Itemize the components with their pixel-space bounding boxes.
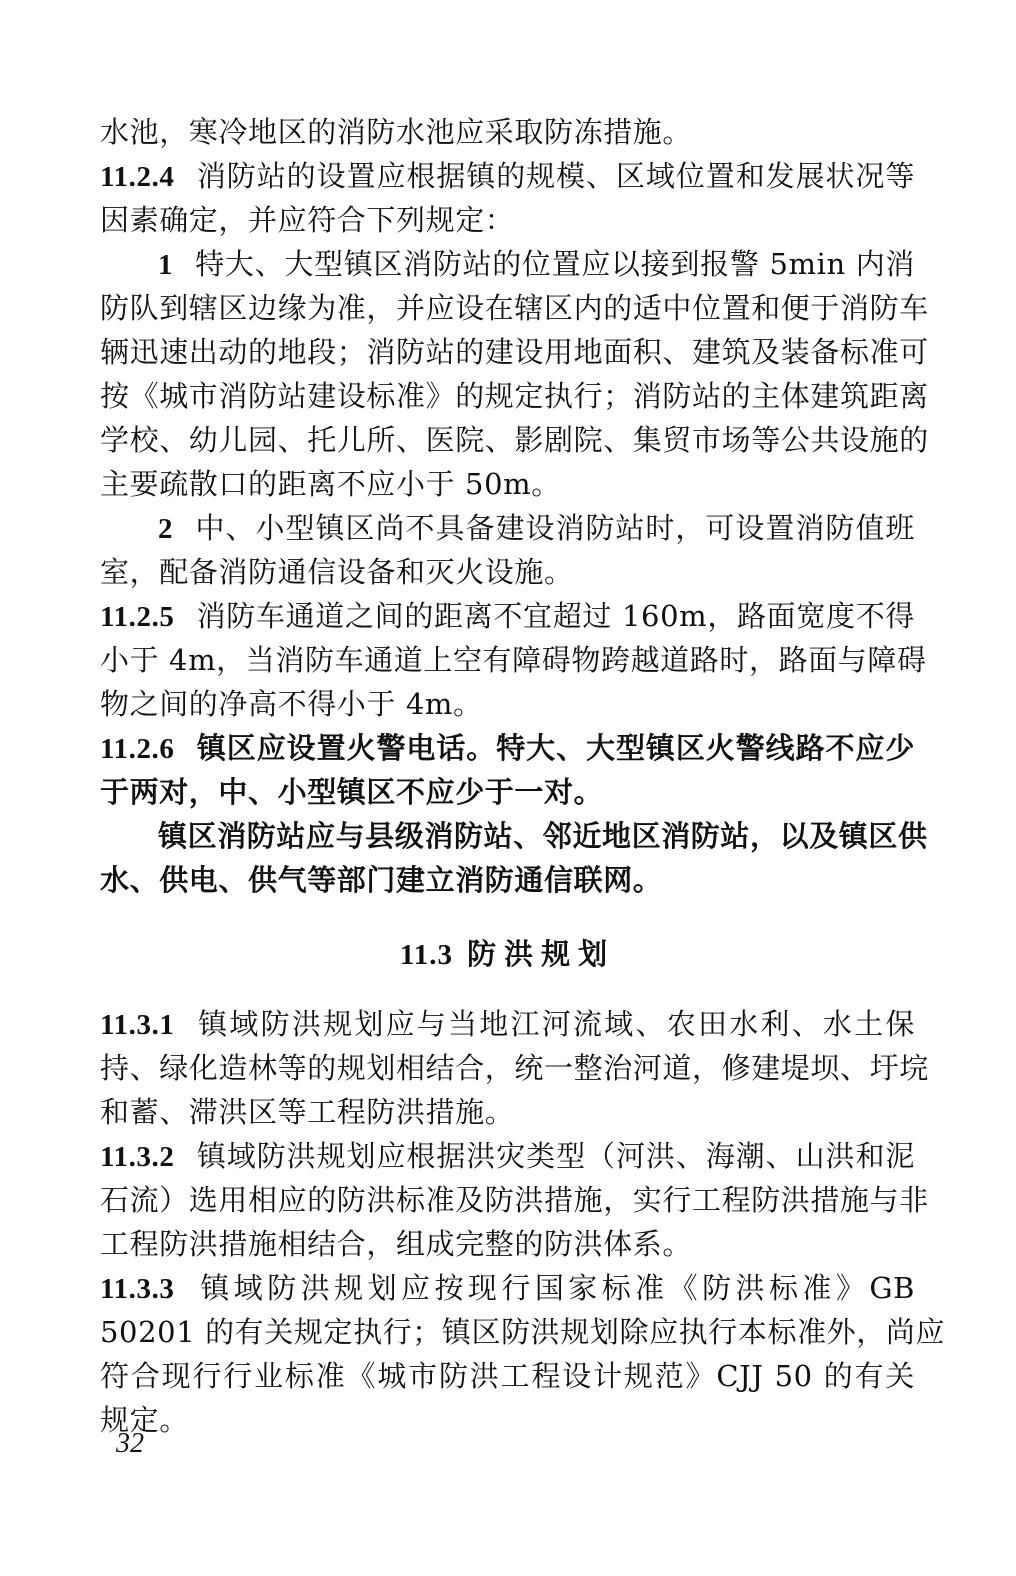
clause-11-3-1-line-2: 持、绿化造林等的规划相结合，统一整治河道，修建堤坝、圩垸: [100, 1046, 915, 1090]
item-1-line-4: 按《城市消防站建设标准》的规定执行；消防站的主体建筑距离: [100, 374, 915, 418]
item-1-line-1: 1特大、大型镇区消防站的位置应以接到报警 5min 内消: [100, 242, 915, 286]
document-page: 水池，寒冷地区的消防水池应采取防冻措施。 11.2.4消防站的设置应根据镇的规模…: [100, 110, 915, 1442]
clause-11-2-6-p2-line-2: 水、供电、供气等部门建立消防通信联网。: [100, 858, 915, 902]
section-title: 防洪规划: [467, 937, 615, 971]
clause-11-3-3-line-4: 规定。: [100, 1398, 915, 1442]
clause-11-2-6-line-2: 于两对，中、小型镇区不应少于一对。: [100, 770, 915, 814]
clause-11-2-5-line-3: 物之间的净高不得小于 4m。: [100, 682, 915, 726]
section-number: 11.3: [400, 939, 453, 971]
clause-11-2-4-line-1: 11.2.4消防站的设置应根据镇的规模、区域位置和发展状况等: [100, 154, 915, 198]
clause-11-3-3-line-2: 50201 的有关规定执行；镇区防洪规划除应执行本标准外，尚应: [100, 1310, 915, 1354]
clause-11-2-5-line-2: 小于 4m，当消防车通道上空有障碍物跨越道路时，路面与障碍: [100, 638, 915, 682]
clause-11-2-5-line-1: 11.2.5消防车通道之间的距离不宜超过 160m，路面宽度不得: [100, 594, 915, 638]
clause-11-2-4-line-2: 因素确定，并应符合下列规定：: [100, 198, 915, 242]
clause-text: 镇域防洪规划应根据洪灾类型（河洪、海潮、山洪和泥: [197, 1139, 916, 1173]
clause-11-3-2-line-1: 11.3.2镇域防洪规划应根据洪灾类型（河洪、海潮、山洪和泥: [100, 1134, 915, 1178]
item-text: 特大、大型镇区消防站的位置应以接到报警 5min 内消: [195, 247, 915, 281]
item-2-line-2: 室，配备消防通信设备和灭火设施。: [100, 550, 915, 594]
clause-11-3-3-line-1: 11.3.3镇域防洪规划应按现行国家标准《防洪标准》GB: [100, 1266, 915, 1310]
page-number: 32: [116, 1428, 144, 1460]
clause-11-2-6-p2-line-1: 镇区消防站应与县级消防站、邻近地区消防站，以及镇区供: [100, 814, 915, 858]
item-1-line-6: 主要疏散口的距离不应小于 50m。: [100, 462, 915, 506]
paragraph-continuation: 水池，寒冷地区的消防水池应采取防冻措施。: [100, 110, 915, 154]
clause-11-3-2-line-3: 工程防洪措施相结合，组成完整的防洪体系。: [100, 1222, 915, 1266]
clause-number: 11.2.5: [100, 601, 175, 633]
item-number: 2: [158, 513, 173, 545]
clause-number: 11.2.4: [100, 161, 175, 193]
clause-text: 镇域防洪规划应与当地江河流域、农田水利、水土保: [197, 1007, 916, 1041]
clause-11-3-1-line-3: 和蓄、滞洪区等工程防洪措施。: [100, 1090, 915, 1134]
item-1-line-3: 辆迅速出动的地段；消防站的建设用地面积、建筑及装备标准可: [100, 330, 915, 374]
clause-number: 11.2.6: [100, 733, 175, 765]
clause-number: 11.3.2: [100, 1141, 175, 1173]
clause-11-3-2-line-2: 石流）选用相应的防洪标准及防洪措施，实行工程防洪措施与非: [100, 1178, 915, 1222]
clause-number: 11.3.1: [100, 1009, 175, 1041]
clause-text: 消防车通道之间的距离不宜超过 160m，路面宽度不得: [197, 599, 916, 633]
clause-text: 镇区应设置火警电话。特大、大型镇区火警线路不应少: [197, 731, 916, 765]
item-number: 1: [158, 249, 173, 281]
item-1-line-5: 学校、幼儿园、托儿所、医院、影剧院、集贸市场等公共设施的: [100, 418, 915, 462]
clause-11-2-6-line-1: 11.2.6镇区应设置火警电话。特大、大型镇区火警线路不应少: [100, 726, 915, 770]
clause-number: 11.3.3: [100, 1273, 175, 1305]
item-2-line-1: 2中、小型镇区尚不具备建设消防站时，可设置消防值班: [100, 506, 915, 550]
clause-text: 镇域防洪规划应按现行国家标准《防洪标准》GB: [197, 1271, 916, 1305]
clause-11-3-1-line-1: 11.3.1镇域防洪规划应与当地江河流域、农田水利、水土保: [100, 1002, 915, 1046]
item-1-line-2: 防队到辖区边缘为准，并应设在辖区内的适中位置和便于消防车: [100, 286, 915, 330]
clause-11-3-3-line-3: 符合现行行业标准《城市防洪工程设计规范》CJJ 50 的有关: [100, 1354, 915, 1398]
clause-text: 消防站的设置应根据镇的规模、区域位置和发展状况等: [197, 159, 916, 193]
section-heading: 11.3防洪规划: [100, 932, 915, 976]
item-text: 中、小型镇区尚不具备建设消防站时，可设置消防值班: [195, 511, 915, 545]
